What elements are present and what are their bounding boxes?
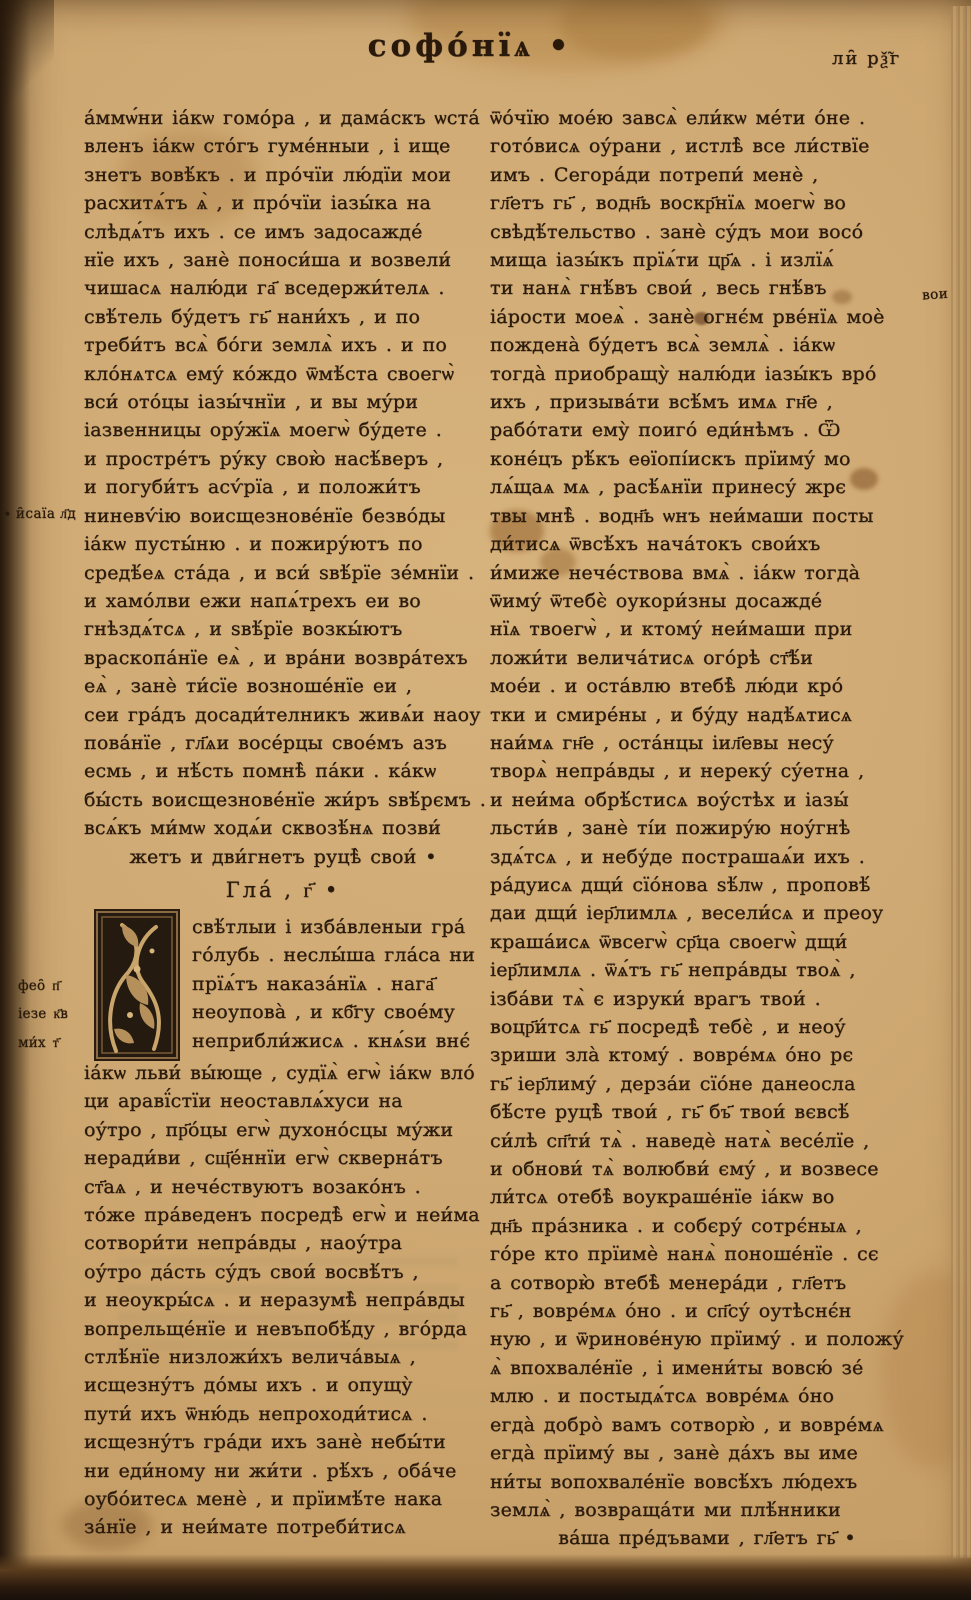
folio-number: ли̑ рѯ̃г	[832, 48, 962, 69]
initial-row: свѣ́тлыи і изба́вленыи гра́го́лубь . нес…	[96, 911, 482, 1059]
text-line: ную , и ѿринове́ную прїиму́ . и положу́	[490, 1325, 924, 1353]
text-line: го́ре кто прїимѐ нанѧ̀ поноше́нїе . сє	[490, 1240, 924, 1268]
woodcut-initial-ornament-icon	[96, 911, 178, 1059]
text-line: краша́исѧ ѿвсегѡ̀ ср҃ца своегѡ̀ дщи́	[490, 928, 924, 956]
text-line: то́же пра́веденъ посредѣ̀ егѡ̀ и неи́ма	[84, 1201, 482, 1229]
text-line: и обнови́ тѧ̀ волюбви́ єму́ , и возвесе	[490, 1155, 924, 1183]
text-line: дн҃ь пра́зника . и собєру́ сотрє́ныѧ ,	[490, 1212, 924, 1240]
running-title: софо́нїѧ •	[340, 28, 600, 64]
text-line: рабо́тати ему̀ поиго́ еди́нѣмъ . Ѿ	[490, 416, 924, 444]
text-line: гь҃ , вовре́мѧ о́но . и сп҃су́ оутѣснє́н	[490, 1297, 924, 1325]
book-gutter-shadow	[0, 0, 30, 1600]
text-line: а́ммѡ́ни іа́кѡ гомо́ра , и дама́скъ ѡста…	[84, 104, 482, 132]
text-line: свѣ́тель бу́детъ гь҃ нани́хъ , и по	[84, 303, 482, 331]
text-line: лѧ́щаѧ мѧ , расѣ́ѧнїи принесу́ жрє	[490, 473, 924, 501]
text-line: чишасѧ налю́ди га҃ вседержи́телѧ .	[84, 274, 482, 302]
text-line: и́миже нече́ствова вмѧ̀ . іа́кѡ тогда̀	[490, 559, 924, 587]
text-line: даи дщи́ іер҃лимлѧ , весели́сѧ и преоу	[490, 899, 924, 927]
text-line: тогда̀ приобращу̀ налю́ди іазы́къ вро́	[490, 360, 924, 388]
text-line: нїѧ твоегѡ̀ , и ктому́ неи́маши при	[490, 615, 924, 643]
text-line: ізба́ви тѧ̀ є изруки́ врагъ твои́ .	[490, 985, 924, 1013]
text-line: ци аравї́стїи неоставлѧ́хуси на	[84, 1087, 482, 1115]
text-line: го́лубь . неслы́ша гла́са ни	[192, 941, 475, 969]
text-line: ра́дуисѧ дщи́ сїо́нова ѕѣ́лѡ , проповѣ́	[490, 871, 924, 899]
text-line: ни еди́ному ни жи́ти . рѣ́хъ , оба́че	[84, 1457, 482, 1485]
text-line: сеи гра́дъ досади́телникъ живѧ́и наоу	[84, 701, 482, 729]
text-line: наи́мѧ гн҃е , оста́нцы іил҃евы несу́	[490, 729, 924, 757]
text-line: зриши зла̀ ктому́ . вовре́мѧ о́но рє	[490, 1041, 924, 1069]
text-line: враскопа́нїе еѧ̀ , и вра́ни возвра́техъ	[84, 644, 482, 672]
text-line: исщезну́тъ гра́ди ихъ занѐ небы́ти	[84, 1428, 482, 1456]
text-line: ли́тсѧ отебѣ̀ воукраше́нїе іа́кѡ во	[490, 1183, 924, 1211]
text-line: ѧ̀ впохвале́нїе , і имени́ты вовсю́ зе́	[490, 1354, 924, 1382]
text-line: пождена̀ бу́детъ всѧ̀ землѧ̀ . іа́кѡ	[490, 331, 924, 359]
text-line: гь҃ іер҃лиму́ , дерза́и сїо́не данеосла	[490, 1070, 924, 1098]
text-line: егда̀ добро̀ вамъ сотворю̀ , и вовре́мѧ	[490, 1411, 924, 1439]
text-line: ѿиму́ ѿтебє̀ оукори́зны досажде́	[490, 587, 924, 615]
initial-paragraph-lines: свѣ́тлыи і изба́вленыи гра́го́лубь . нес…	[192, 911, 475, 1055]
text-line: слѣдѧ́тъ ихъ . се имъ задосажде́	[84, 218, 482, 246]
text-line: млю . и постыдѧ́тсѧ вовре́мѧ о́но	[490, 1382, 924, 1410]
text-line: всѧ́къ ми́мѡ ходѧ́и сквозѣ́нѧ позви́	[84, 814, 482, 842]
top-left-corner-shadow	[0, 0, 54, 110]
text-line: ѿо́чїю мое́ю завсѧ̀ ели́кѡ ме́ти о́не .	[490, 104, 924, 132]
text-line: кло́нѧтсѧ ему́ ко́ждо ѿмѣ́ста своегѡ̀	[84, 360, 482, 388]
text-line: ст҃аѧ , и нече́ствуютъ возако́нъ .	[84, 1173, 482, 1201]
text-line: знетъ вовѣ́къ . и про́чїи лю́дїи мои	[84, 161, 482, 189]
text-line: неприбли́жисѧ . кнѧ́ѕи внє́	[192, 1027, 475, 1055]
text-line: мища іазы́къ прїѧ́ти цр҃ѧ . і излїѧ́	[490, 246, 924, 274]
text-line: ди́тисѧ ѿвсѣ́хъ нача́токъ свои́хъ	[490, 530, 924, 558]
text-line: вленъ іа́кѡ сто́гъ гуме́нныи , і ище	[84, 132, 482, 160]
text-line: бы́сть воисщезнове́нїе жи́ръ ѕвѣ́рємъ .	[84, 786, 482, 814]
text-line: си́лѣ сп҃ти́ тѧ̀ . наведѐ натѧ̀ весе́лїе…	[490, 1127, 924, 1155]
text-line: ихъ , призыва́ти всѣ́мъ имѧ гн҃е ,	[490, 388, 924, 416]
text-line: расхитѧ́тъ ѧ̀ , и про́чїи іазы́ка на	[84, 189, 482, 217]
right-text-column: ѿо́чїю мое́ю завсѧ̀ ели́кѡ ме́ти о́не .г…	[490, 104, 924, 1553]
text-line: свѣдѣ́тельство . занѐ су́дъ мои восо́	[490, 218, 924, 246]
text-line: исщезну́тъ до́мы ихъ . и опущу̀	[84, 1371, 482, 1399]
text-line: вси́ ото́цы іазы́чнїи , и вы му́ри	[84, 388, 482, 416]
text-line: оу́тро да́сть су́дъ свои́ восвѣ́тъ ,	[84, 1258, 482, 1286]
text-line: а сотворю̀ втебѣ̀ менера́ди , гл҃етъ	[490, 1269, 924, 1297]
text-line: неради́ви , сщ҃е́ннїи егѡ̀ скверна́тъ	[84, 1144, 482, 1172]
text-line: оу́тро , пр҃о́цы егѡ̀ духоно́сцы му́жи	[84, 1116, 482, 1144]
text-line: оубо́итесѧ менѐ , и прїимѣ́те нака	[84, 1485, 482, 1513]
text-line: ложи́ти велича́тисѧ ого́рѣ ст҃ѣ́и	[490, 644, 924, 672]
text-line: творѧ̀ непра́вды , и нереку́ су́етна ,	[490, 757, 924, 785]
text-line: стлѣ́нїе низложи́хъ велича́выѧ ,	[84, 1343, 482, 1371]
text-line: есмь , и нѣ́сть помнѣ̀ па́ки . ка́кѡ	[84, 757, 482, 785]
text-line: іазвенницы ору́жїѧ моегѡ̀ бу́дете .	[84, 416, 482, 444]
text-line: гнѣздѧ́тсѧ , и ѕвѣ́рїе возкы́ютъ	[84, 615, 482, 643]
text-line: ти нанѧ̀ гнѣ́въ свои́ , весь гнѣ́въ	[490, 274, 924, 302]
text-line: коне́цъ рѣ́къ еѳїопі́искъ прїиму́ мо	[490, 445, 924, 473]
text-line: и простре́тъ ру́ку свою̀ насѣ́веръ ,	[84, 445, 482, 473]
text-line: здѧ́тсѧ , и небу́де пострашаѧ́и ихъ .	[490, 843, 924, 871]
text-line: еѧ̀ , занѐ ти́сїе возноше́нїе еи ,	[84, 672, 482, 700]
woodcut-initial	[96, 911, 178, 1059]
text-line: вопрельще́нїе и невъпобѣ́ду , вго́рда	[84, 1315, 482, 1343]
text-line: льсти́в , занѐ ті́и пожиру́ю ноу́гнѣ	[490, 814, 924, 842]
text-line: и неи́ма обрѣ́стисѧ воу́стѣх и іазы́	[490, 786, 924, 814]
text-line: и хамо́лви ежи напѧ́трехъ еи во	[84, 587, 482, 615]
text-line: ниневѵ́ію воисщезнове́нїе безво́ды	[84, 502, 482, 530]
text-line: мое́и . и оста́влю втебѣ̀ лю́ди кро́	[490, 672, 924, 700]
text-line: пова́нїе , гл҃ѧи восе́рцы свое́мъ азъ	[84, 729, 482, 757]
text-line: ни́ты вопохвале́нїе вовсѣ́хъ лю́дехъ	[490, 1468, 924, 1496]
text-line: за́нїе , и неи́мате потреби́тисѧ	[84, 1513, 482, 1541]
text-line: и погуби́тъ асѵ́рїа , и положи́тъ	[84, 473, 482, 501]
column-closing-line: ва́ша пре́дъвами , гл҃етъ гь҃ •	[490, 1524, 924, 1552]
page-stack-edge	[951, 6, 971, 1558]
text-line: іа́рости моеѧ̀ . занѐ огнє́м рве́нїѧ моѐ	[490, 303, 924, 331]
text-line: землѧ̀ , возвраща́ти ми плѣ́нники	[490, 1496, 924, 1524]
text-line: нїе ихъ , занѐ поноси́ша и возвели́	[84, 246, 482, 274]
text-line: егда̀ прїиму́ вы , занѐ да́хъ вы име	[490, 1439, 924, 1467]
column-closing-line: жетъ и дви́гнетъ руцѣ̀ свои́ •	[84, 843, 482, 871]
left-text-column: а́ммѡ́ни іа́кѡ гомо́ра , и дама́скъ ѡста…	[84, 104, 482, 1542]
text-line: свѣ́тлыи і изба́вленыи гра́	[192, 913, 475, 941]
text-line: средѣ́еѧ ста́да , и вси́ ѕвѣ́рїе зе́мнїи…	[84, 559, 482, 587]
text-line: прїѧ́тъ наказа́нїѧ . нага҃	[192, 970, 475, 998]
book-page: софо́нїѧ • ли̑ рѯ̃г ∙ и̑саїа л҃д фео̑ п҃…	[0, 0, 971, 1600]
text-line: твы мнѣ̀ . водн҃ь ѡнъ неи́маши посты	[490, 502, 924, 530]
text-line: неоупова̀ , и кб҃гу свое́му	[192, 998, 475, 1026]
chapter-heading: Гла́ , г҃ •	[84, 873, 482, 907]
text-line: гл҃етъ гь҃ , водн҃ь воскр҃нїѧ моегѡ̀ во	[490, 189, 924, 217]
verse-lines: ѿо́чїю мое́ю завсѧ̀ ели́кѡ ме́ти о́не .г…	[490, 104, 924, 1524]
text-line: и неоукры́сѧ . и неразумѣ̀ непра́вды	[84, 1286, 482, 1314]
verse-lines: іа́кѡ льви́ вы́юще , судїѧ̀ егѡ̀ іа́кѡ в…	[84, 1059, 482, 1542]
text-line: имъ . Сегора́ди потрепи́ менѐ ,	[490, 161, 924, 189]
text-line: іа́кѡ пусты́ню . и пожиру́ютъ по	[84, 530, 482, 558]
text-line: іер҃лимлѧ . ѿѧ́тъ гь҃ непра́вды твоѧ̀ ,	[490, 956, 924, 984]
verse-lines: а́ммѡ́ни іа́кѡ гомо́ра , и дама́скъ ѡста…	[84, 104, 482, 843]
text-line: гото́висѧ оу́рани , истлѣ̀ все ли́ствїе	[490, 132, 924, 160]
book-bottom-edge	[0, 1554, 971, 1600]
text-line: іа́кѡ льви́ вы́юще , судїѧ̀ егѡ̀ іа́кѡ в…	[84, 1059, 482, 1087]
text-line: треби́тъ всѧ̀ бо́ги землѧ̀ ихъ . и по	[84, 331, 482, 359]
text-line: бѣ́сте руцѣ̀ твои́ , гь҃ бъ҃ твои́ вєвсѣ…	[490, 1098, 924, 1126]
text-line: сотвори́ти непра́вды , наоу́тра	[84, 1229, 482, 1257]
text-line: воцр҃и́тсѧ гь҃ посредѣ̀ тебє̀ , и неоу́	[490, 1013, 924, 1041]
text-line: тки и смире́ны , и бу́ду надѣ́ѧтисѧ	[490, 701, 924, 729]
text-line: пути́ ихъ ѿню́дь непроходи́тисѧ .	[84, 1400, 482, 1428]
